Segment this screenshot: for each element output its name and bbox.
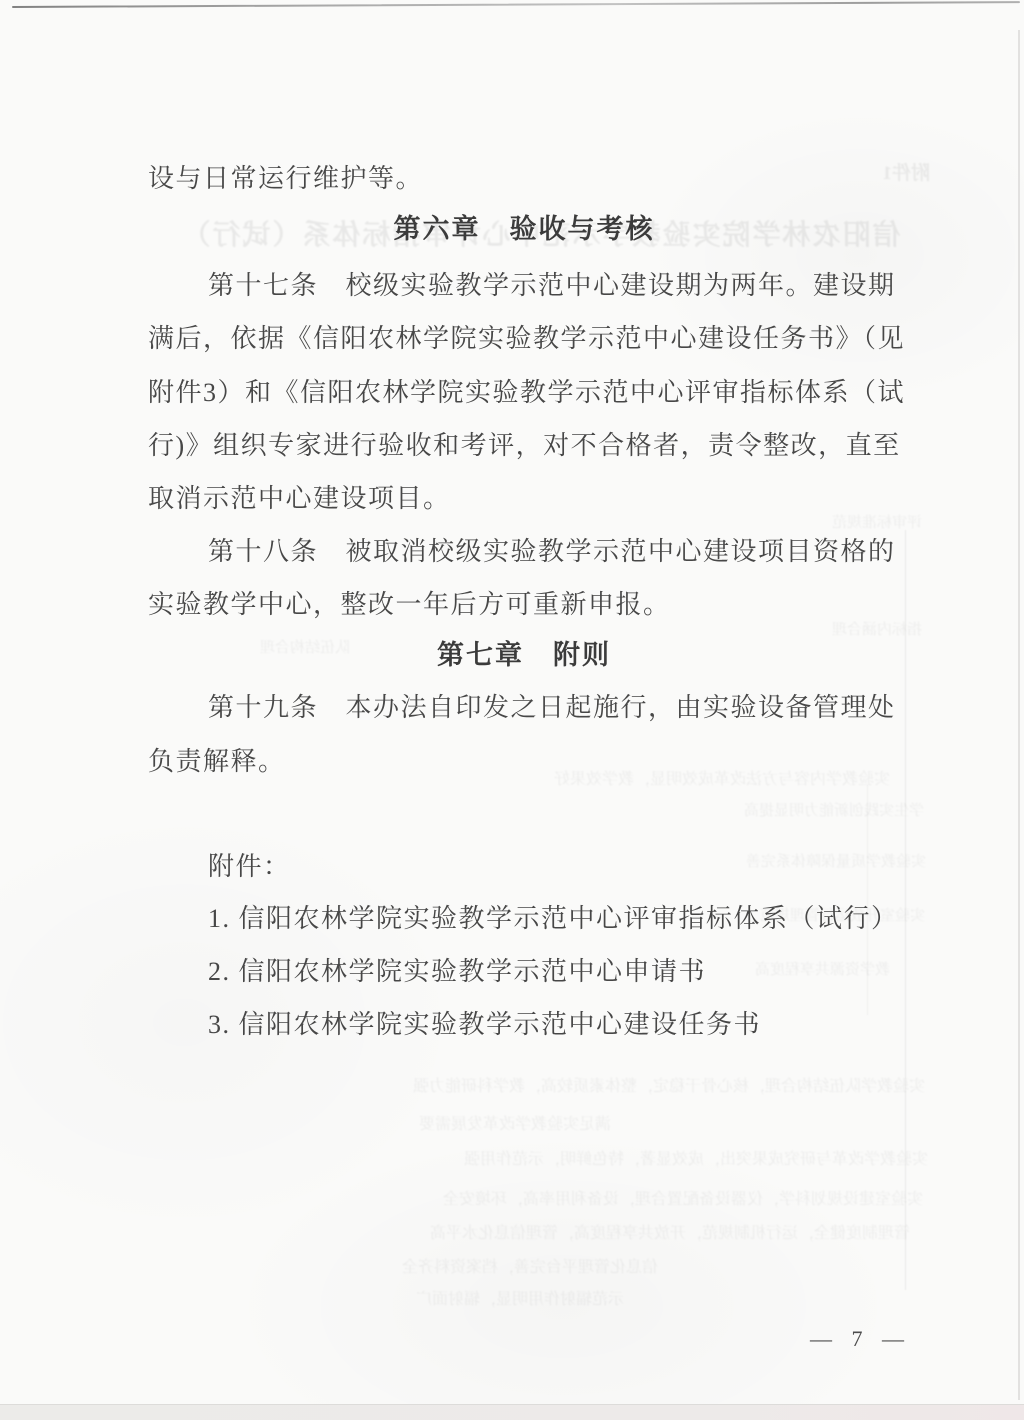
bleedthrough-fragment: 实验教学内容与方法改革成效明显，教学效果好 <box>250 768 890 791</box>
bleedthrough-fragment: 实验教学质量保障体系完善 <box>578 852 926 874</box>
bleedthrough-fragment: 学生实践创新能力明显提高 <box>552 801 924 823</box>
page-number: — 7 — <box>810 1326 911 1352</box>
bleedthrough-fragment: 实验教学队伍结构合理，核心骨干稳定，整体素质较高，教学科研能力强 <box>130 1075 925 1098</box>
attachments-label: 附件： <box>208 846 291 883</box>
article-19-line: 负责解释。 <box>148 741 286 778</box>
scanned-document-page: 附件1 信阳农林学院实验教学示范中心评审指标体系（试行） 评审标准规范 指标内涵… <box>0 0 1024 1420</box>
bleedthrough-fragment: 实验室建设规划科学，仪器设备配置合理，设备利用率高，环境安全 <box>138 1188 923 1211</box>
bleedthrough-fragment: 满足实验教学改革发展需要 <box>290 1113 740 1136</box>
article-18-line: 第十八条 被取消校级实验教学示范中心建设项目资格的 <box>208 531 896 568</box>
bleedthrough-fragment: 管理制度健全，运行机制规范，开放共享程度高，管理信息化水平高 <box>150 1222 910 1245</box>
bleedthrough-table-line <box>905 530 906 1290</box>
scan-edge-artifact-top <box>12 1 1020 8</box>
article-17-line: 附件3）和《信阳农林学院实验教学示范中心评审指标体系（试 <box>148 372 905 409</box>
bleedthrough-fragment: 示范辐射作用明显，辐射面广 <box>320 1288 720 1311</box>
paragraph-continuation-line: 设与日常运行维护等。 <box>148 158 423 195</box>
scan-edge-artifact-bottom <box>0 1404 1024 1420</box>
article-17-line: 满后，依据《信阳农林学院实验教学示范中心建设任务书》（见 <box>148 318 905 355</box>
attachment-item-2: 2. 信阳农林学院实验教学示范中心申请书 <box>208 951 706 988</box>
scan-edge-artifact-right <box>1018 30 1020 1400</box>
article-17-line: 第十七条 校级实验教学示范中心建设期为两年。建设期 <box>208 265 896 302</box>
article-19-line: 第十九条 本办法自印发之日起施行，由实验设备管理处 <box>208 687 896 724</box>
bleedthrough-fragment: 附件1 <box>850 160 930 188</box>
bleedthrough-fragment: 实验教学改革与研究成果突出，成效显著，特色鲜明，示范作用强 <box>128 1148 928 1171</box>
chapter-six-heading: 第六章 验收与考核 <box>148 207 900 246</box>
attachment-item-1: 1. 信阳农林学院实验教学示范中心评审指标体系（试行） <box>208 898 899 935</box>
chapter-seven-heading: 第七章 附则 <box>148 633 900 672</box>
bleedthrough-fragment: 信息化管理平台完善，档案资料齐全 <box>290 1256 770 1279</box>
article-17-line: 取消示范中心建设项目。 <box>148 478 451 515</box>
article-18-line: 实验教学中心，整改一年后方可重新申报。 <box>148 584 671 621</box>
article-17-line: 行)》组织专家进行验收和考评，对不合格者，责令整改，直至 <box>148 425 901 462</box>
attachment-item-3: 3. 信阳农林学院实验教学示范中心建设任务书 <box>208 1004 761 1041</box>
